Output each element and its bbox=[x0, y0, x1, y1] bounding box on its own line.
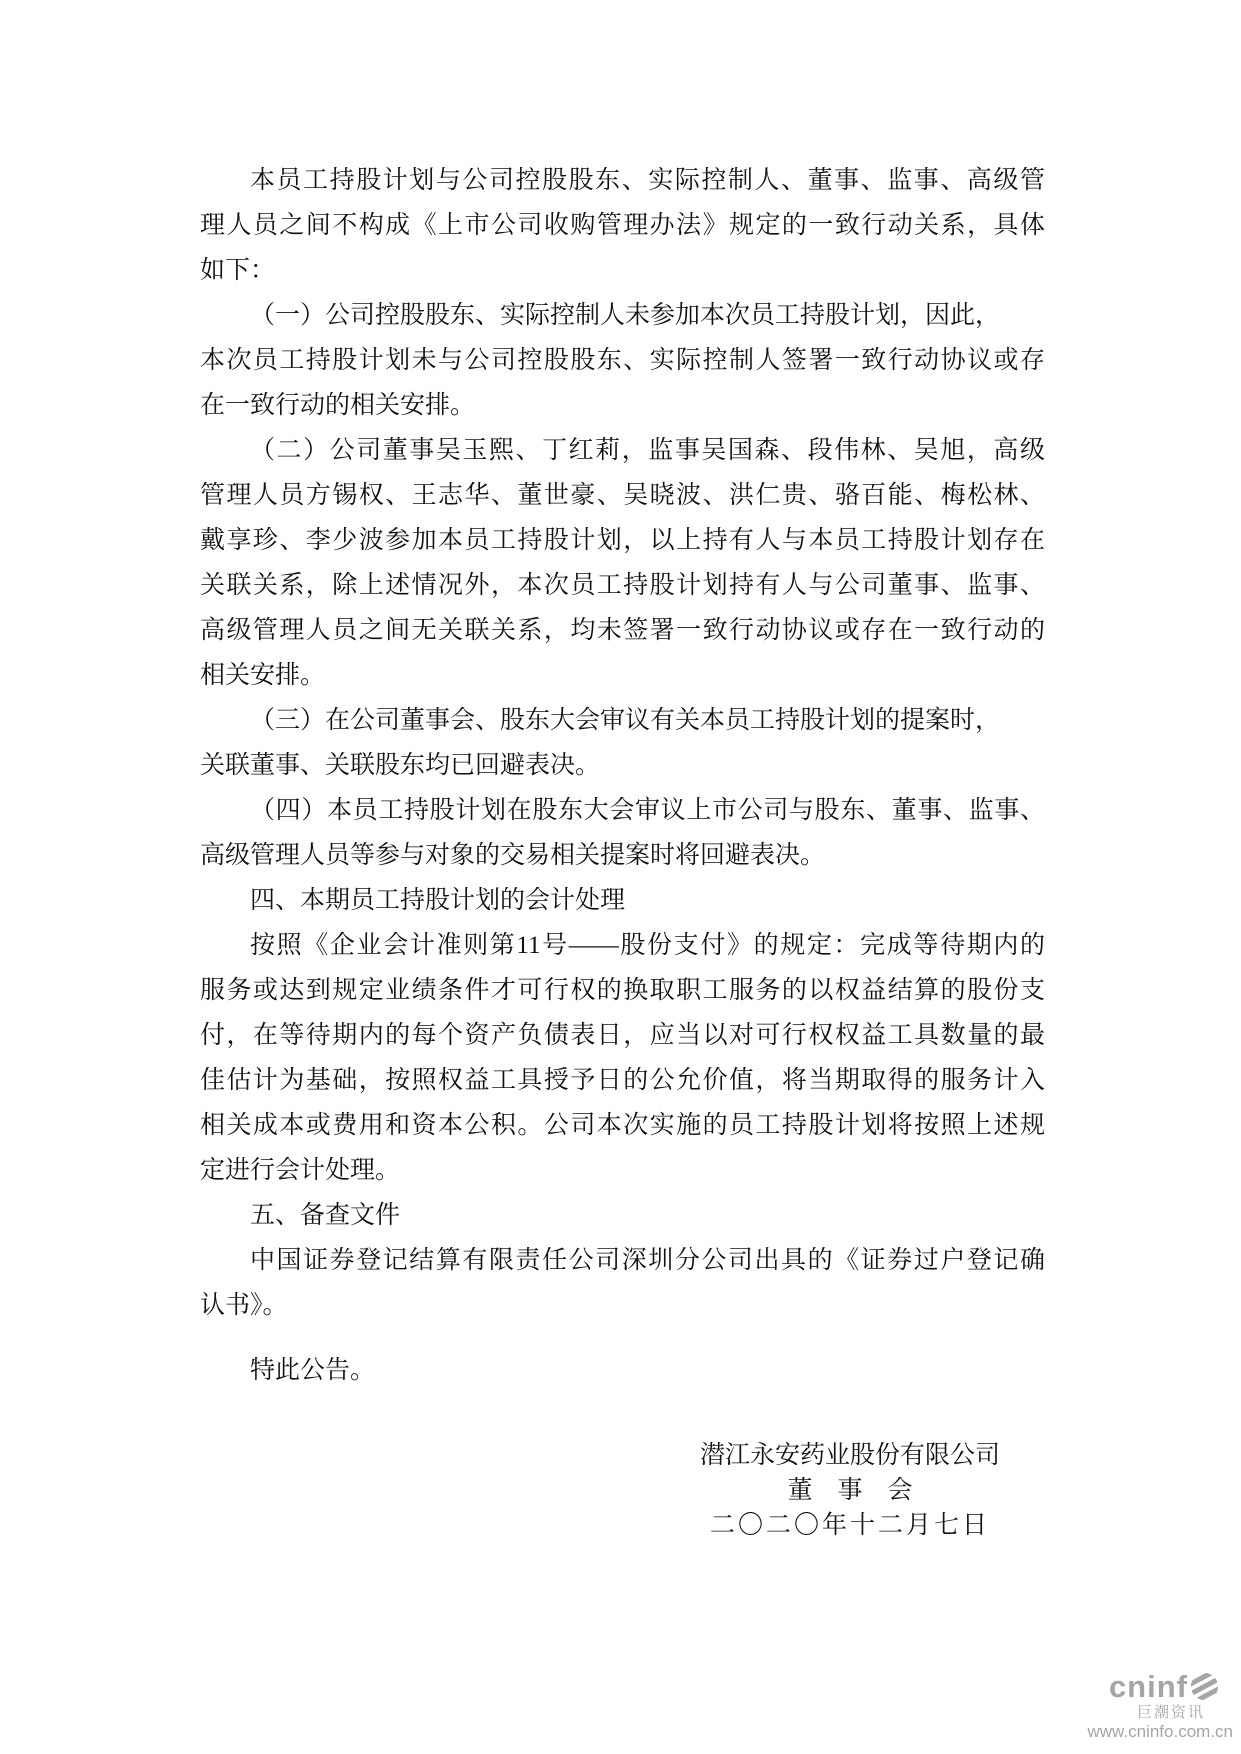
body-line: 认书》。 bbox=[200, 1283, 1045, 1328]
body-line: 关联董事、关联股东均已回避表决。 bbox=[200, 743, 1045, 788]
cninfo-brand-cn: 巨潮资讯 bbox=[1088, 1705, 1206, 1720]
body-line: 五、备查文件 bbox=[200, 1193, 1045, 1238]
closing-statement: 特此公告。 bbox=[200, 1348, 1045, 1393]
body-line: 付，在等待期内的每个资产负债表日，应当以对可行权权益工具数量的最 bbox=[200, 1013, 1045, 1058]
signature-date: 二〇二〇年十二月七日 bbox=[700, 1508, 1000, 1543]
body-line: （四）本员工持股计划在股东大会审议上市公司与股东、董事、监事、 bbox=[200, 788, 1045, 833]
body-line: 高级管理人员之间无关联关系，均未签署一致行动协议或存在一致行动的 bbox=[200, 608, 1045, 653]
body-line: 本次员工持股计划未与公司控股股东、实际控制人签署一致行动协议或存 bbox=[200, 338, 1045, 383]
body-line: 管理人员方锡权、王志华、董世豪、吴晓波、洪仁贵、骆百能、梅松林、 bbox=[200, 473, 1045, 518]
signature-company: 潜江永安药业股份有限公司 bbox=[700, 1438, 1000, 1473]
body-line: 相关成本或费用和资本公积。公司本次实施的员工持股计划将按照上述规 bbox=[200, 1103, 1045, 1148]
body-line: 服务或达到规定业绩条件才可行权的换取职工服务的以权益结算的股份支 bbox=[200, 968, 1045, 1013]
body-line: 定进行会计处理。 bbox=[200, 1148, 1045, 1193]
body-line: 四、本期员工持股计划的会计处理 bbox=[200, 878, 1045, 923]
body-line: 本员工持股计划与公司控股股东、实际控制人、董事、监事、高级管 bbox=[200, 158, 1045, 203]
document-page: 本员工持股计划与公司控股股东、实际控制人、董事、监事、高级管理人员之间不构成《上… bbox=[0, 0, 1241, 1754]
body-line: 关联关系，除上述情况外，本次员工持股计划持有人与公司董事、监事、 bbox=[200, 563, 1045, 608]
cninfo-url: www.cninfo.com.cn bbox=[1088, 1723, 1234, 1740]
body-line: 中国证券登记结算有限责任公司深圳分公司出具的《证券过户登记确 bbox=[200, 1238, 1045, 1283]
body-line: 理人员之间不构成《上市公司收购管理办法》规定的一致行动关系，具体 bbox=[200, 203, 1045, 248]
body-line: 按照《企业会计准则第11号——股份支付》的规定：完成等待期内的 bbox=[200, 923, 1045, 968]
body-line: （一）公司控股股东、实际控制人未参加本次员工持股计划，因此， bbox=[200, 293, 1045, 338]
body-line: 如下： bbox=[200, 248, 1045, 293]
body-line: （三）在公司董事会、股东大会审议有关本员工持股计划的提案时， bbox=[200, 698, 1045, 743]
body-line: 高级管理人员等参与对象的交易相关提案时将回避表决。 bbox=[200, 833, 1045, 878]
cninfo-logo-text: cninf bbox=[1109, 1671, 1188, 1702]
body-line: 佳估计为基础，按照权益工具授予日的公允价值，将当期取得的服务计入 bbox=[200, 1058, 1045, 1103]
signature-block: 潜江永安药业股份有限公司 董 事 会 二〇二〇年十二月七日 bbox=[700, 1438, 1000, 1543]
signature-board: 董 事 会 bbox=[700, 1473, 1000, 1508]
document-body: 本员工持股计划与公司控股股东、实际控制人、董事、监事、高级管理人员之间不构成《上… bbox=[200, 158, 1045, 1328]
cninfo-logo: cninf bbox=[1088, 1671, 1220, 1702]
body-line: 戴享珍、李少波参加本员工持股计划，以上持有人与本员工持股计划存在 bbox=[200, 518, 1045, 563]
body-line: （二）公司董事吴玉熙、丁红莉，监事吴国森、段伟林、吴旭，高级 bbox=[200, 428, 1045, 473]
cninfo-globe-icon bbox=[1190, 1672, 1219, 1701]
body-line: 在一致行动的相关安排。 bbox=[200, 383, 1045, 428]
cninfo-watermark: cninf 巨潮资讯 www.cninfo.com.cn bbox=[1088, 1671, 1234, 1740]
body-line: 相关安排。 bbox=[200, 653, 1045, 698]
